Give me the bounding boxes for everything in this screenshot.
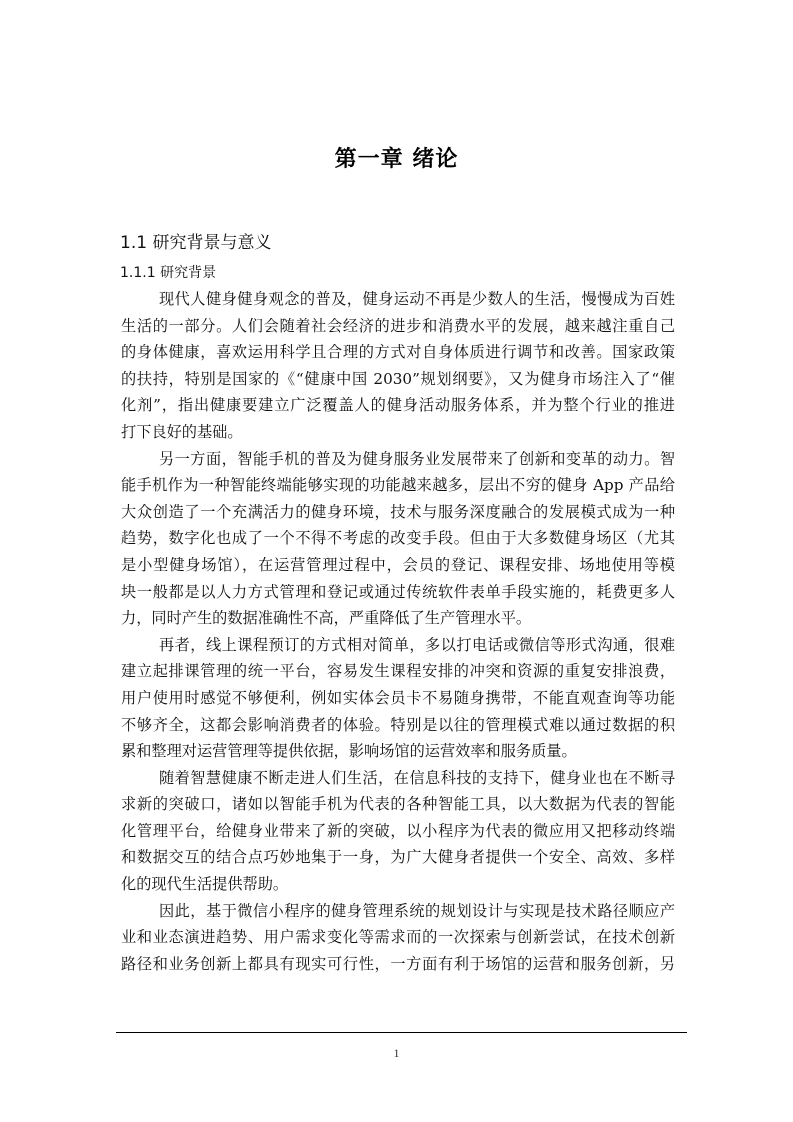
document-page: 第一章 绪论 1.1 研究背景与意义 1.1.1 研究背景 现代人健身健身观念的… <box>0 0 793 1122</box>
text-line: 大众创造了一个充满活力的健身环境，技术与服务深度融合的发展模式成为一种 <box>121 499 675 526</box>
text-line: 趋势，数字化也成了一个不得不考虑的改变手段。但由于大多数健身场区（尤其 <box>121 525 675 552</box>
text-line: 和数据交互的结合点巧妙地集于一身，为广大健身者提供一个安全、高效、多样 <box>121 844 675 871</box>
text-line: 生活的一部分。人们会随着社会经济的进步和消费水平的发展，越来越注重自己 <box>121 313 675 340</box>
text-line: 因此，基于微信小程序的健身管理系统的规划设计与实现是技术路径顺应产 <box>121 898 675 925</box>
paragraph: 因此，基于微信小程序的健身管理系统的规划设计与实现是技术路径顺应产 业和业态演进… <box>121 898 675 978</box>
text-line: 随着智慧健康不断走进人们生活，在信息科技的支持下，健身业也在不断寻 <box>121 765 675 792</box>
text-line: 路径和业务创新上都具有现实可行性，一方面有利于场馆的运营和服务创新，另 <box>121 951 675 978</box>
text-line: 累和整理对运营管理等提供依据，影响场馆的运营效率和服务质量。 <box>121 738 675 765</box>
paragraph: 随着智慧健康不断走进人们生活，在信息科技的支持下，健身业也在不断寻 求新的突破口… <box>121 765 675 898</box>
text-line: 化管理平台，给健身业带来了新的突破，以小程序为代表的微应用又把移动终端 <box>121 818 675 845</box>
text-line: 化剂”，指出健康要建立广泛覆盖人的健身活动服务体系，并为整个行业的推进 <box>121 392 675 419</box>
subsection-heading: 1.1.1 研究背景 <box>120 262 216 282</box>
text-line: 力，同时产生的数据准确性不高，严重降低了生产管理水平。 <box>121 605 675 632</box>
paragraph: 另一方面，智能手机的普及为健身服务业发展带来了创新和变革的动力。智 能手机作为一… <box>121 446 675 632</box>
text-line: 另一方面，智能手机的普及为健身服务业发展带来了创新和变革的动力。智 <box>121 446 675 473</box>
text-line: 的身体健康，喜欢运用科学且合理的方式对自身体质进行调节和改善。国家政策 <box>121 339 675 366</box>
text-line: 块一般都是以人力方式管理和登记或通过传统软件表单手段实施的，耗费更多人 <box>121 579 675 606</box>
text-line: 业和业态演进趋势、用户需求变化等需求而的一次探索与创新尝试，在技术创新 <box>121 924 675 951</box>
text-line: 的扶持，特别是国家的《“健康中国 2030”规划纲要》，又为健身市场注入了“催 <box>121 366 675 393</box>
text-line: 能手机作为一种智能终端能够实现的功能越来越多，层出不穷的健身 App 产品给 <box>121 472 675 499</box>
text-line: 不够齐全，这都会影响消费者的体验。特别是以往的管理模式难以通过数据的积 <box>121 712 675 739</box>
text-line: 化的现代生活提供帮助。 <box>121 871 675 898</box>
text-line: 建立起排课管理的统一平台，容易发生课程安排的冲突和资源的重复安排浪费， <box>121 658 675 685</box>
text-line: 用户使用时感觉不够便利，例如实体会员卡不易随身携带，不能直观查询等功能 <box>121 685 675 712</box>
text-line: 现代人健身健身观念的普及，健身运动不再是少数人的生活，慢慢成为百姓 <box>121 286 675 313</box>
chapter-title: 第一章 绪论 <box>0 142 793 173</box>
text-line: 求新的突破口，诸如以智能手机为代表的各种智能工具，以大数据为代表的智能 <box>121 791 675 818</box>
paragraph: 再者，线上课程预订的方式相对简单，多以打电话或微信等形式沟通，很难 建立起排课管… <box>121 632 675 765</box>
text-line: 再者，线上课程预订的方式相对简单，多以打电话或微信等形式沟通，很难 <box>121 632 675 659</box>
body-text: 现代人健身健身观念的普及，健身运动不再是少数人的生活，慢慢成为百姓 生活的一部分… <box>121 286 675 977</box>
page-number: 1 <box>0 1046 793 1061</box>
section-heading: 1.1 研究背景与意义 <box>120 228 271 253</box>
paragraph: 现代人健身健身观念的普及，健身运动不再是少数人的生活，慢慢成为百姓 生活的一部分… <box>121 286 675 446</box>
text-line: 是小型健身场馆），在运营管理过程中，会员的登记、课程安排、场地使用等模 <box>121 552 675 579</box>
text-line: 打下良好的基础。 <box>121 419 675 446</box>
footer-divider <box>116 1032 687 1033</box>
